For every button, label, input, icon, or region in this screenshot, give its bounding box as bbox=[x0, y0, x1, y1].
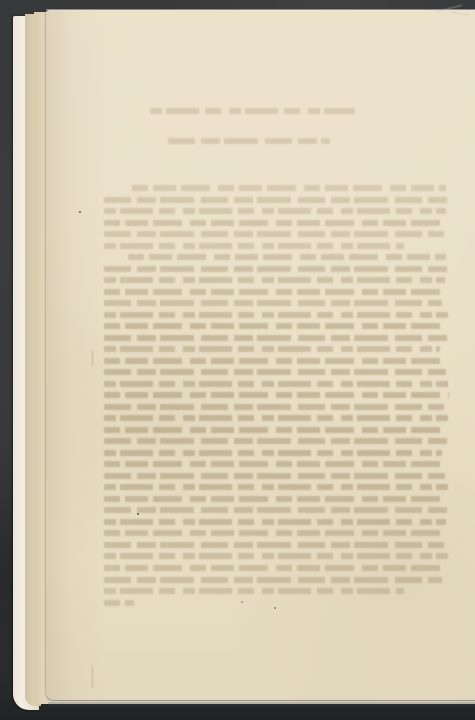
bleedthrough-line bbox=[104, 231, 444, 237]
bleedthrough-line bbox=[104, 530, 448, 536]
bleedthrough-line bbox=[104, 335, 448, 341]
bleedthrough-line bbox=[104, 277, 445, 283]
bleedthrough-line bbox=[104, 266, 448, 272]
bleedthrough-line bbox=[104, 381, 448, 387]
bleedthrough-line bbox=[104, 577, 442, 583]
bleedthrough-line bbox=[104, 588, 404, 594]
bleedthrough-line bbox=[104, 600, 134, 606]
bleedthrough-line bbox=[104, 473, 445, 479]
bleedthrough-line bbox=[104, 323, 444, 329]
book-page bbox=[46, 10, 475, 700]
bleedthrough-line bbox=[104, 346, 440, 352]
bleedthrough-line bbox=[104, 427, 446, 433]
bleedthrough-line bbox=[104, 358, 448, 364]
paper-speck bbox=[137, 513, 139, 515]
paper-scratch bbox=[92, 350, 93, 366]
bleedthrough-line bbox=[104, 415, 448, 421]
bleedthrough-line bbox=[132, 185, 446, 191]
bleedthrough-line bbox=[104, 438, 448, 444]
bleedthrough-line bbox=[104, 289, 448, 295]
bleedthrough-line bbox=[104, 507, 448, 513]
paper-speck bbox=[79, 211, 81, 213]
paper-speck bbox=[274, 607, 276, 609]
bleedthrough-line bbox=[104, 450, 442, 456]
bleedthrough-line bbox=[104, 461, 448, 467]
paper-scratch bbox=[92, 666, 93, 688]
bleedthrough-line bbox=[104, 197, 448, 203]
page-top-edge-highlight bbox=[46, 9, 475, 11]
bleedthrough-line bbox=[150, 108, 355, 114]
bleedthrough-line bbox=[104, 519, 446, 525]
bleedthrough-line bbox=[104, 312, 448, 318]
bleedthrough-line bbox=[104, 208, 446, 214]
bleedthrough-line bbox=[104, 404, 444, 410]
bleedthrough-line bbox=[104, 553, 448, 559]
bleedthrough-line bbox=[104, 220, 448, 226]
paper-speck bbox=[241, 601, 243, 603]
bleedthrough-line bbox=[168, 138, 330, 144]
bleedthrough-line bbox=[104, 565, 446, 571]
bleedthrough-line bbox=[104, 300, 442, 306]
bleedthrough-line bbox=[104, 484, 448, 490]
bleedthrough-line bbox=[104, 496, 440, 502]
bleedthrough-line bbox=[128, 254, 446, 260]
scan-canvas bbox=[0, 0, 475, 720]
bleedthrough-line bbox=[104, 369, 446, 375]
bleedthrough-line bbox=[104, 392, 449, 398]
bleedthrough-line bbox=[104, 243, 404, 249]
bleedthrough-line bbox=[104, 542, 444, 548]
